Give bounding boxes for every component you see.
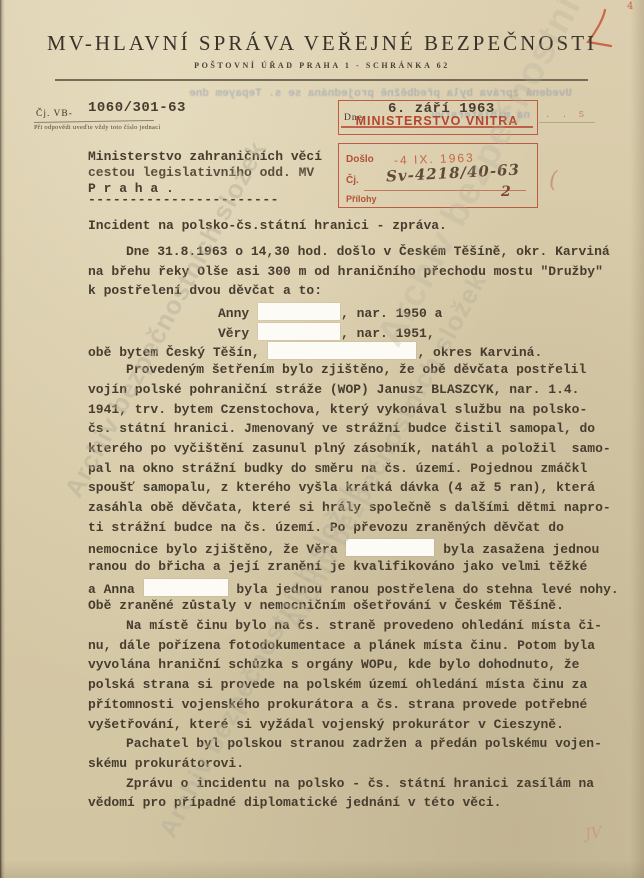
body-line: Pachatel byl polskou stranou zadržen a p…	[88, 736, 618, 756]
body-text: vyšetřování, které si vyžádal vojenský p…	[88, 717, 564, 732]
redaction-box	[144, 579, 228, 596]
corner-number: 4	[627, 1, 633, 12]
body-text: polská strana si provede na polském územ…	[88, 677, 587, 692]
body-text: vyvolána hraniční schůzka s orgány WOPu,…	[88, 657, 579, 672]
body-text: byla zasažena jednou	[435, 542, 599, 557]
body-text: Na místě činu bylo na čs. straně provede…	[126, 618, 602, 633]
body-text: Věry	[218, 326, 257, 341]
stamp-enclosures-value: 2	[501, 184, 511, 200]
body-text: přítomnosti vojenského prokurátora a čs.…	[88, 697, 587, 712]
redaction-box	[258, 303, 340, 320]
body-text: vědomí pro případné diplomatické jednání…	[88, 795, 501, 810]
body-text: čs. státní hranici. Jmenovaný ve strážní…	[88, 421, 595, 436]
body-line: kterého po vyčištění zasunul plný zásobn…	[88, 441, 618, 461]
stamp-enclosures-label: Přílohy	[346, 194, 377, 204]
body-text: 1941, trv. bytem Czenstochova, který vyk…	[88, 402, 587, 417]
reference-number: 1060/301-63	[88, 100, 186, 116]
body-line: vyšetřování, které si vyžádal vojenský p…	[88, 717, 618, 737]
body-line: přítomnosti vojenského prokurátora a čs.…	[88, 697, 618, 717]
body-text: na břehu řeky Olše asi 300 m od hraniční…	[88, 264, 603, 279]
body-line: skému prokurátorovi.	[88, 756, 618, 776]
body-text: Anny	[218, 306, 257, 321]
body-text: obě bytem Český Těšín,	[88, 345, 267, 360]
stamp-side-line	[539, 122, 595, 123]
body-line: Obě zraněné zůstaly v nemocničním ošetřo…	[88, 598, 618, 618]
body-text: nu, dále pořízena fotodokumentace a plán…	[88, 638, 595, 653]
body-line: a Anna byla jednou ranou postřelena do s…	[88, 579, 618, 599]
body-line: Zprávu o incidentu na polsko - čs. státn…	[88, 776, 618, 796]
body-line: Provedeným šetřením bylo zjištěno, že ob…	[88, 362, 618, 382]
body-line: nu, dále pořízena fotodokumentace a plán…	[88, 638, 618, 658]
reference-underline	[34, 120, 154, 123]
body-text: k postřelení dvou děvčat a to:	[88, 283, 322, 298]
body-line: čs. státní hranici. Jmenovaný ve strážní…	[88, 421, 618, 441]
addressee-line-1: Ministerstvo zahraničních věcí	[88, 149, 322, 164]
body-text: a Anna	[88, 582, 143, 597]
red-paren-mark: (	[549, 168, 558, 193]
subject-line: Incident na polsko-čs.státní hranici - z…	[88, 218, 447, 233]
redaction-box	[346, 539, 434, 556]
body-line: Dne 31.8.1963 o 14,30 hod. došlo v České…	[88, 244, 618, 264]
body-text: Obě zraněné zůstaly v nemocničním ošetřo…	[88, 598, 564, 613]
redaction-box	[258, 323, 340, 340]
body-line: polská strana si provede na polském územ…	[88, 677, 618, 697]
body-line: Na místě činu bylo na čs. straně provede…	[88, 618, 618, 638]
reference-label: Čj. VB-	[36, 109, 73, 119]
addressee-line-2: cestou legislativního odd. MV	[88, 165, 314, 180]
stamp-side-marks: . . S	[545, 110, 587, 120]
body-line: vojín polské pohraniční stráže (WOP) Jan…	[88, 382, 618, 402]
body-line: ranou do břicha a její zranění je kvalif…	[88, 559, 618, 579]
body-text: Provedeným šetřením bylo zjištěno, že ob…	[126, 362, 586, 377]
reference-note: Při odpovědi uveďte vždy toto číslo jedn…	[34, 124, 161, 131]
addressee-underline: -----------------------	[88, 192, 279, 207]
stamp-received-label: Došlo	[346, 154, 374, 165]
archivist-initials: JV	[584, 823, 603, 843]
body-text: kterého po vyčištění zasunul plný zásobn…	[88, 441, 611, 456]
body-text: pal na okno strážní budky do směru na čs…	[88, 461, 587, 476]
body-line: 1941, trv. bytem Czenstochova, který vyk…	[88, 402, 618, 422]
scanned-document-page: 4 MV-HLAVNÍ SPRÁVA VEŘEJNÉ BEZPEČNOSTI P…	[0, 0, 644, 878]
body-text: vojín polské pohraniční stráže (WOP) Jan…	[88, 382, 579, 397]
stamp-number-label: Čj.	[346, 175, 359, 186]
body-line: vyvolána hraniční schůzka s orgány WOPu,…	[88, 657, 618, 677]
